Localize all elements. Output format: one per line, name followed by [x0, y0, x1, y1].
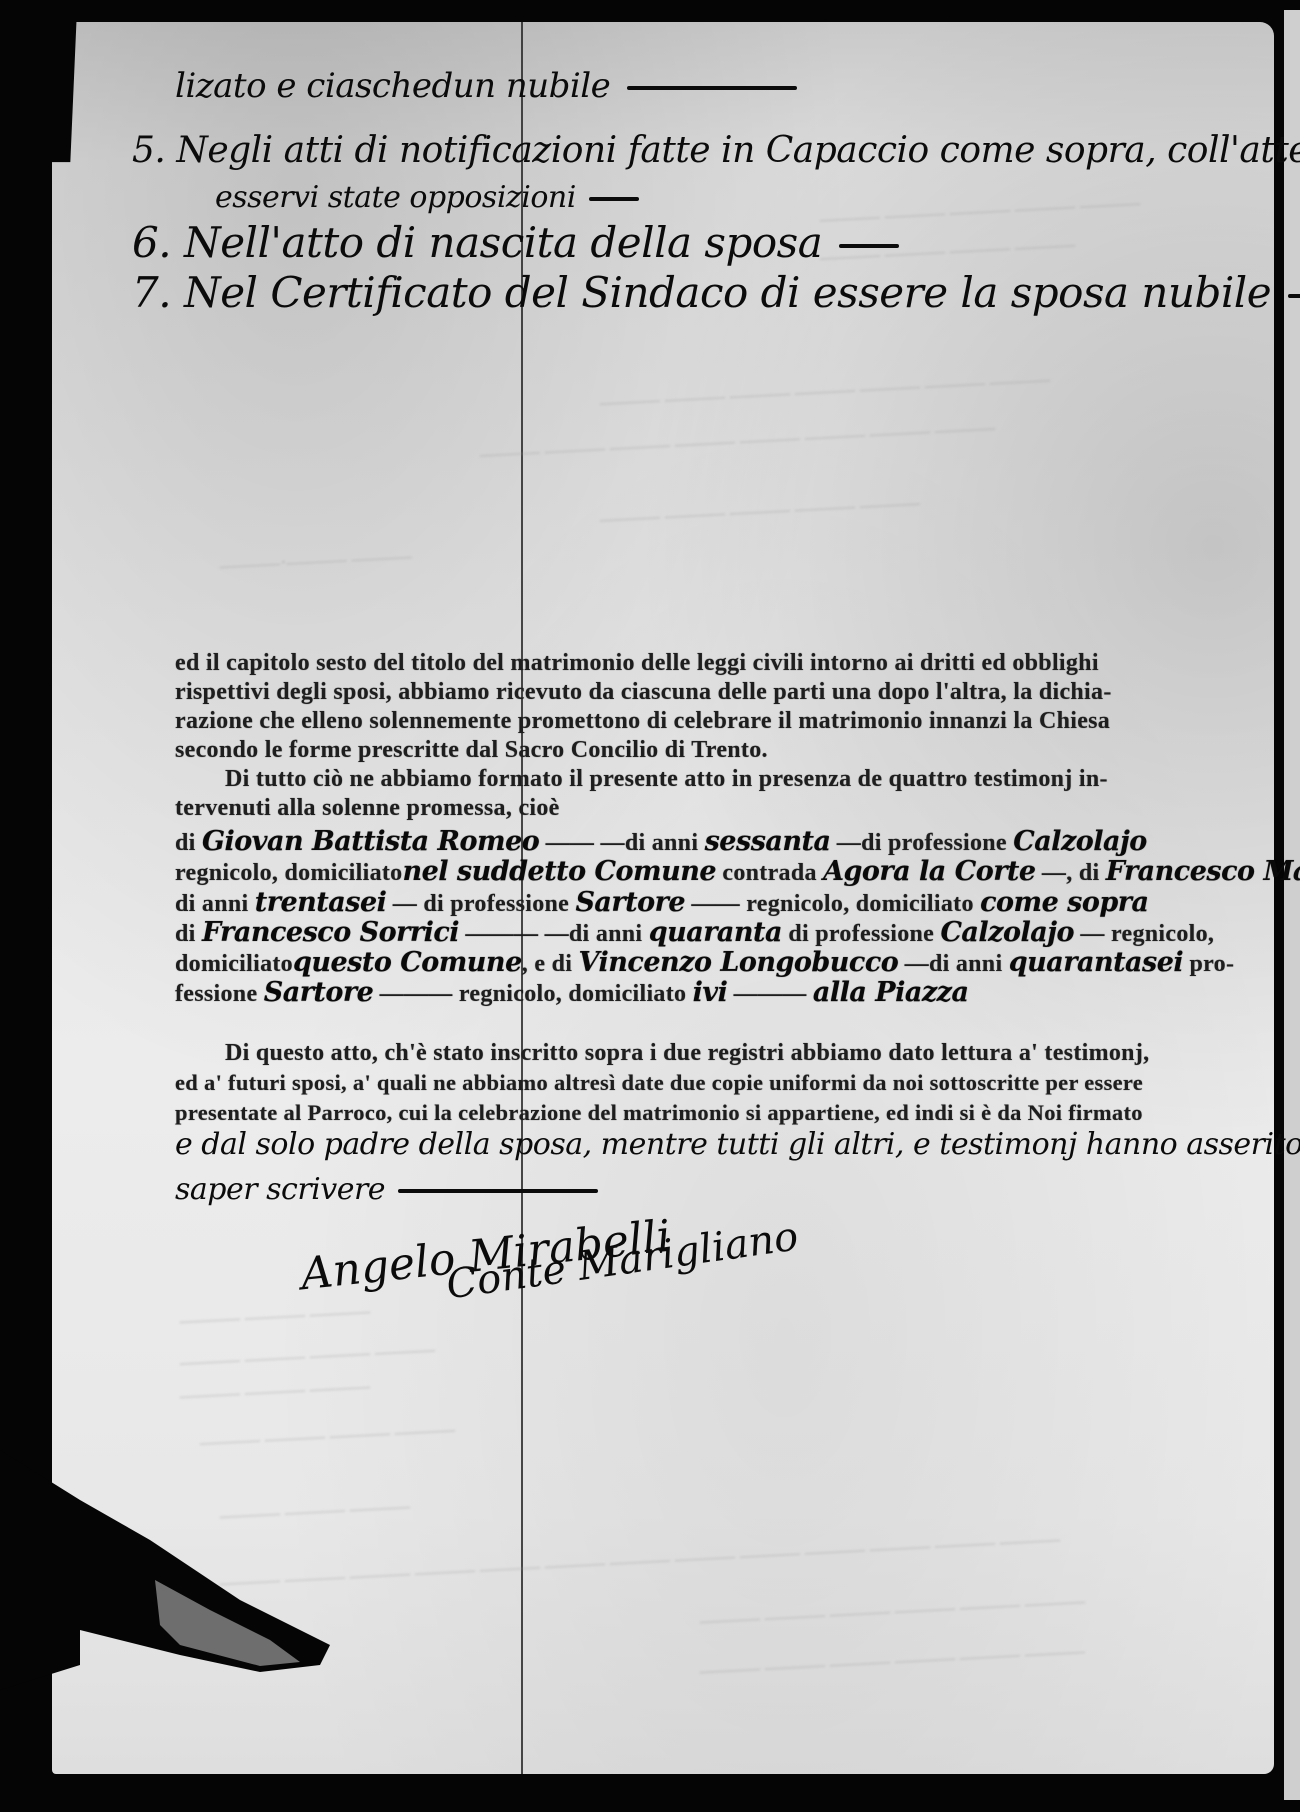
witness-profession: Calzolajo [940, 917, 1074, 948]
witness-contrada: alla Piazza [813, 977, 969, 1008]
label: regnicolo, domiciliato [175, 860, 402, 886]
handwritten-text: Negli atti di notificazioni fatte in Cap… [176, 130, 1300, 171]
handwritten-closing-line-2: saper scrivere [175, 1172, 598, 1207]
item-number: 6. [132, 218, 171, 267]
label: di anni [175, 891, 248, 917]
label: domiciliato [175, 951, 293, 977]
label: di [175, 921, 196, 947]
witness-profession: Sartore [264, 977, 374, 1008]
dash: —, [1042, 860, 1073, 886]
line-filler [589, 197, 639, 201]
handwritten-item-5-continuation: esservi state opposizioni [215, 180, 639, 215]
printed-line: secondo le forme prescritte dal Sacro Co… [175, 737, 1265, 764]
printed-line: rispettivi degli sposi, abbiamo ricevuto… [175, 679, 1265, 706]
label: di [175, 830, 196, 856]
label: di [1079, 860, 1100, 886]
witness-name: Francesco Magaro [1106, 856, 1300, 887]
torn-corner-shadow [0, 1450, 340, 1690]
witness-age: trentasei [255, 887, 387, 918]
label: pro- [1190, 951, 1235, 977]
printed-line: ed il capitolo sesto del titolo del matr… [175, 650, 1265, 677]
dash: — [601, 830, 625, 856]
handwritten-line-0: lizato e ciaschedun nubile [175, 66, 797, 106]
dash: ——— [465, 921, 538, 947]
witness-age: sessanta [705, 826, 831, 857]
handwritten-item-6: 6. Nell'atto di nascita della sposa [132, 218, 899, 267]
witness-age: quarantasei [1009, 947, 1183, 978]
printed-line: tervenuti alla solenne promessa, cioè [175, 795, 1265, 822]
label: contrada [722, 860, 816, 886]
witness-4-line: fessione Sartore ——— regnicolo, domicili… [175, 977, 1265, 1008]
dash: — [1080, 921, 1104, 947]
handwritten-text: esservi state opposizioni [215, 180, 576, 215]
handwritten-text: Nel Certificato del Sindaco di essere la… [184, 268, 1271, 317]
label: regnicolo, domiciliato [459, 981, 686, 1007]
dash: —— [546, 830, 595, 856]
handwritten-item-7: 7. Nel Certificato del Sindaco di essere… [132, 268, 1300, 317]
line-filler [398, 1189, 598, 1193]
witness-name: Francesco Sorrici [202, 917, 459, 948]
witness-3-line: di Francesco Sorrici ——— —di anni quaran… [175, 917, 1265, 948]
label: e di [534, 951, 572, 977]
label: fessione [175, 981, 257, 1007]
label: di anni [625, 830, 698, 856]
line-filler [839, 244, 899, 248]
item-number: 7. [132, 268, 171, 317]
item-number: 5. [132, 130, 165, 171]
label: di anni [929, 951, 1002, 977]
witness-1-line: di Giovan Battista Romeo —— —di anni ses… [175, 826, 1265, 857]
handwritten-closing-line-1: e dal solo padre della sposa, mentre tut… [175, 1127, 1300, 1162]
label: di professione [423, 891, 569, 917]
dash: ——— [380, 981, 453, 1007]
witness-profession: Sartore [575, 887, 685, 918]
label: regnicolo, domiciliato [746, 891, 973, 917]
witness-name: Vincenzo Longobucco [579, 947, 899, 978]
printed-line: razione che elleno solennemente prometto… [175, 708, 1265, 735]
witness-3-residence-line: domiciliatoquesto Comune, e di Vincenzo … [175, 947, 1265, 978]
dash: —— [691, 891, 740, 917]
witness-residence: ivi [693, 977, 728, 1008]
dash: — [393, 891, 417, 917]
witness-profession: Calzolajo [1013, 826, 1147, 857]
printed-line: ed a' futuri sposi, a' quali ne abbiamo … [175, 1070, 1265, 1096]
label: di professione [861, 830, 1007, 856]
handwritten-text: lizato e ciaschedun nubile [175, 66, 610, 106]
line-filler [627, 86, 797, 90]
dash: — [837, 830, 861, 856]
label: regnicolo [1111, 921, 1208, 947]
handwritten-item-5: 5. Negli atti di notificazioni fatte in … [132, 130, 1300, 171]
witness-residence: nel suddetto Comune [402, 856, 716, 887]
printed-line: Di tutto ciò ne abbiamo formato il prese… [175, 766, 1300, 793]
witness-age: quaranta [649, 917, 782, 948]
witness-name: Giovan Battista Romeo [202, 826, 539, 857]
dash: — [545, 921, 569, 947]
dash: — [905, 951, 929, 977]
label: di professione [788, 921, 934, 947]
witness-1-residence-line: regnicolo, domiciliatonel suddetto Comun… [175, 856, 1265, 887]
handwritten-text: saper scrivere [175, 1172, 385, 1207]
witness-residence: come sopra [980, 887, 1148, 918]
witness-2-line: di anni trentasei — di professione Sarto… [175, 887, 1265, 918]
handwritten-text: Nell'atto di nascita della sposa [184, 218, 822, 267]
printed-line: presentate al Parroco, cui la celebrazio… [175, 1100, 1265, 1126]
witness-residence: questo Comune [293, 947, 522, 978]
label: di anni [569, 921, 642, 947]
printed-line: Di questo atto, ch'è stato inscritto sop… [175, 1040, 1300, 1067]
line-filler [1288, 294, 1300, 298]
dash: ——— [734, 981, 807, 1007]
witness-contrada: Agora la Corte [823, 856, 1035, 887]
